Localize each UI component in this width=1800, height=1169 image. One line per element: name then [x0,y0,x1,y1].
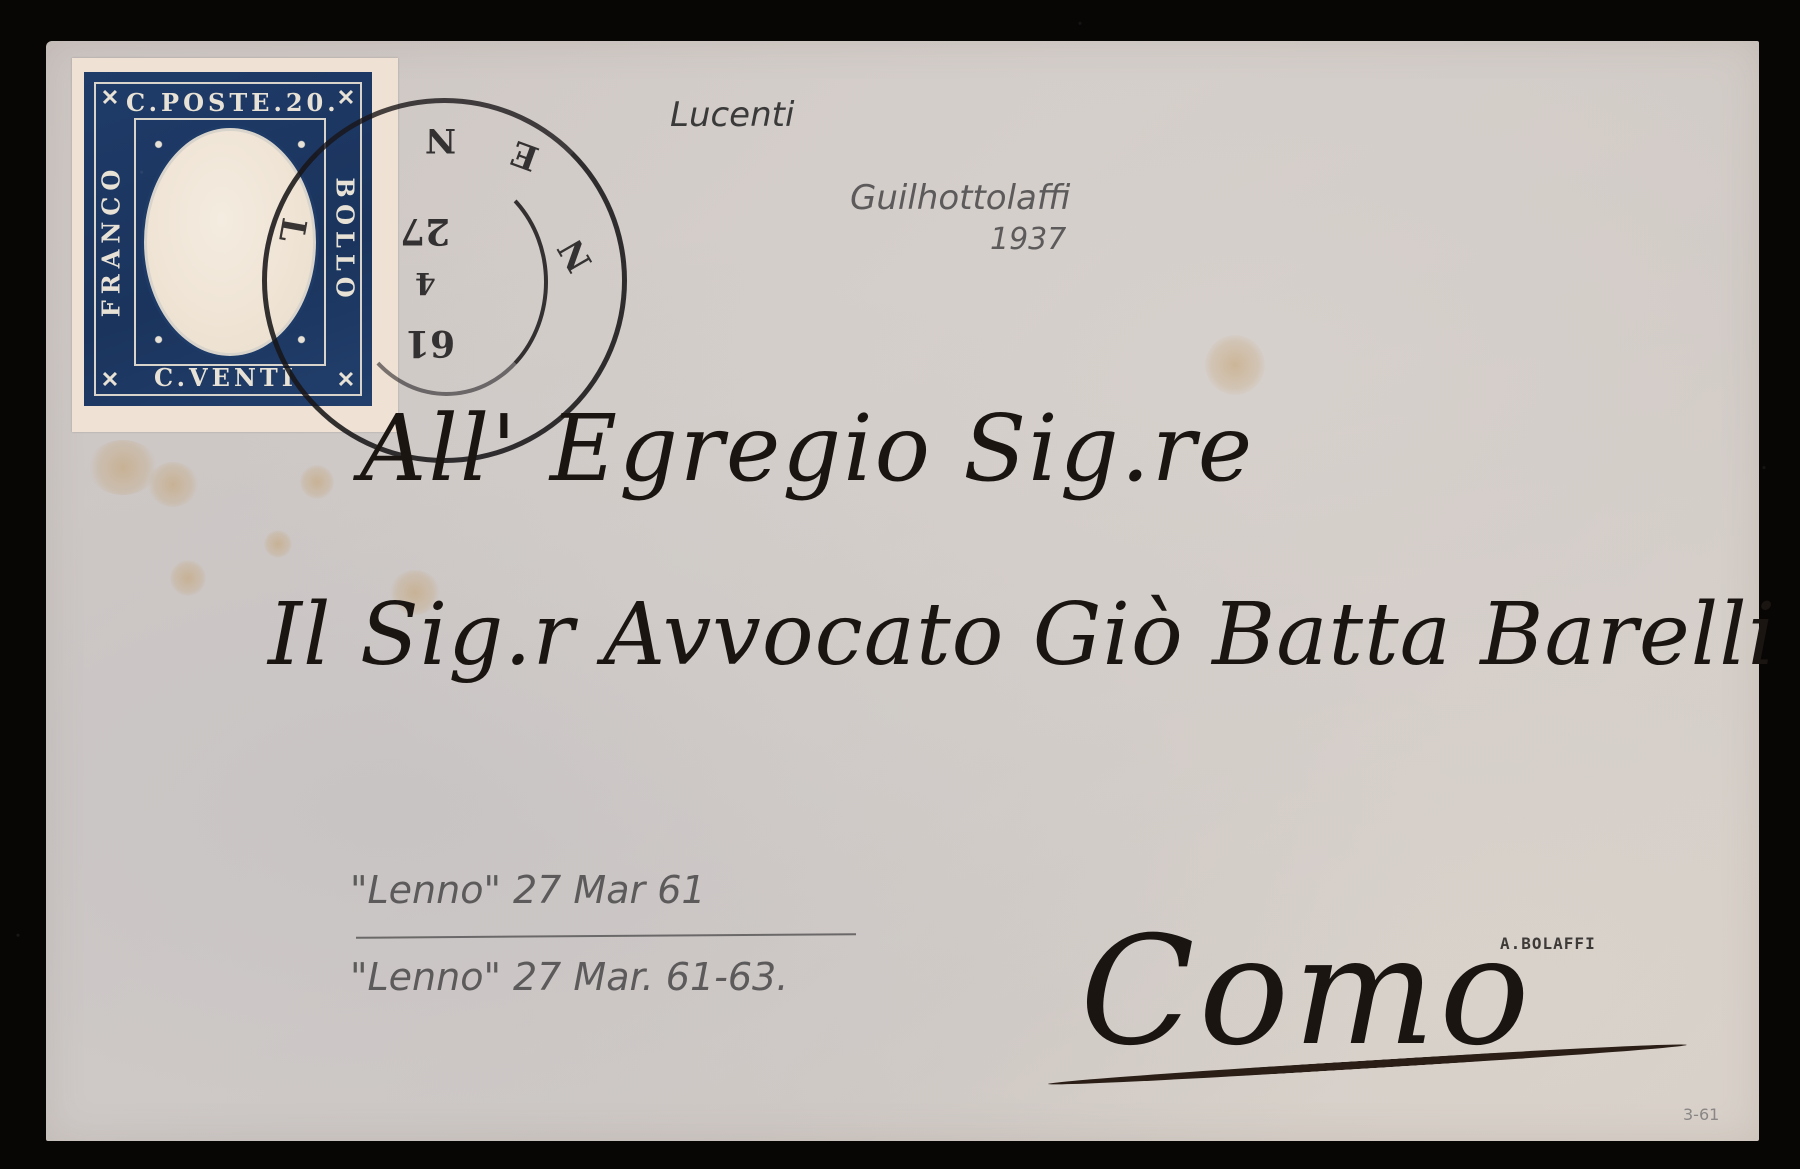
stamp-corner-ornament-icon: ✕ [98,86,122,110]
foxing-stain [1205,335,1265,395]
foxing-stain [264,530,292,558]
foxing-stain [148,462,198,507]
foxing-stain [300,465,334,499]
address-salutation: All' Egregio Sig.re [360,395,1254,502]
stamp-top-legend: C.POSTE.20. [126,88,340,117]
guarantee-handstamp: A.BOLAFFI [1500,934,1596,953]
expert-signature: Guilhottolaffi [850,178,1071,218]
stamp-left-legend-wrap: FRANCO [96,120,126,360]
address-recipient: Il Sig.r Avvocato Giò Batta Barelli [268,585,1776,685]
stamp-corner-ornament-icon: ✕ [98,368,122,392]
stamp-bottom-legend: C.VENTI [154,363,297,392]
pencil-signature: Lucenti [670,95,794,135]
address-city: Como [1080,905,1534,1079]
foxing-stain [170,560,206,596]
postmark-day: 27 [400,210,450,252]
stamp-left-legend: FRANCO [97,163,126,317]
pencil-note-postmark: "Lenno" 27 Mar 61 [350,868,706,912]
expert-year: 1937 [990,222,1066,257]
postmark-letter: N [425,120,456,160]
postmark-month: 4 [415,265,436,300]
pencil-corner-note: 3-61 [1683,1105,1719,1124]
pencil-note-catalog: "Lenno" 27 Mar. 61-63. [350,955,788,999]
postmark-year: 61 [405,322,455,364]
